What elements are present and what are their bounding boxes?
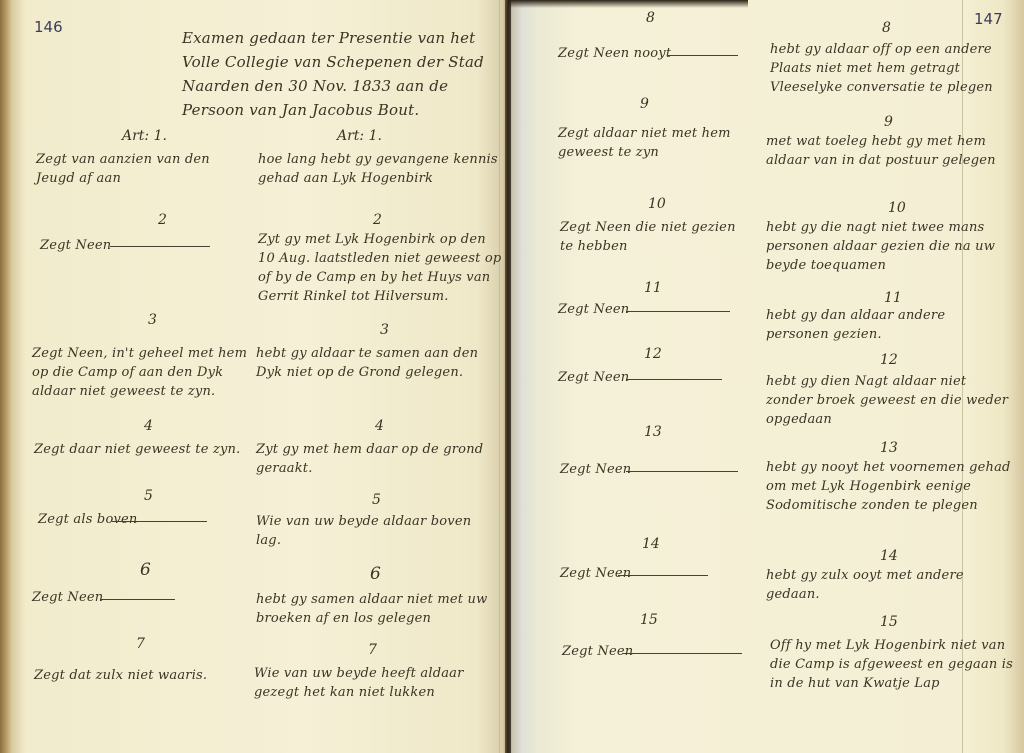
- answer-number-9: 9: [640, 96, 649, 112]
- filler-line: [112, 521, 207, 522]
- answer-number-14: 14: [642, 536, 660, 552]
- question-9: met wat toeleg hebt gy met hem aldaar va…: [766, 132, 1011, 170]
- answer-8: Zegt Neen nooyt: [558, 44, 748, 63]
- answer-number-2: 2: [158, 212, 167, 228]
- question-number-7: 7: [368, 642, 377, 658]
- answer-number-4: 4: [144, 418, 153, 434]
- left-page: 146 Examen gedaan ter Presentie van het …: [0, 0, 508, 753]
- answer-number-15: 15: [640, 612, 658, 628]
- filler-line: [100, 599, 175, 600]
- question-4: Zyt gy met hem daar op de grond geraakt.: [256, 440, 496, 478]
- answer-number-12: 12: [644, 346, 662, 362]
- question-number-5: 5: [372, 492, 381, 508]
- page-shadow: [508, 0, 748, 8]
- answer-number-3: 3: [148, 312, 157, 328]
- book-spine: [505, 0, 511, 753]
- question-number-15: 15: [880, 614, 898, 630]
- answer-11: Zegt Neen: [558, 300, 748, 319]
- question-number-12: 12: [880, 352, 898, 368]
- answer-6: Zegt Neen: [32, 588, 232, 607]
- question-12: hebt gy dien Nagt aldaar niet zonder bro…: [766, 372, 1011, 429]
- folio-number: 146: [34, 18, 63, 36]
- answer-number-6: 6: [140, 560, 151, 580]
- answers-header: Art: 1.: [122, 128, 167, 144]
- answer-12: Zegt Neen: [558, 368, 748, 387]
- question-6: hebt gy samen aldaar niet met uw broeken…: [256, 590, 501, 628]
- question-number-8: 8: [882, 20, 891, 36]
- question-number-6: 6: [370, 564, 381, 584]
- folio-number: 147: [974, 10, 1003, 28]
- question-number-4: 4: [375, 418, 384, 434]
- question-3: hebt gy aldaar te samen aan den Dyk niet…: [256, 344, 496, 382]
- answer-number-13: 13: [644, 424, 662, 440]
- question-number-11: 11: [884, 290, 902, 306]
- answer-number-10: 10: [648, 196, 666, 212]
- question-number-3: 3: [380, 322, 389, 338]
- question-13: hebt gy nooyt het voornemen gehad om met…: [766, 458, 1011, 515]
- right-page: 147 8 8 Zegt Neen nooyt hebt gy aldaar o…: [508, 0, 1024, 753]
- answer-4: Zegt daar niet geweest te zyn.: [34, 440, 244, 459]
- question-11: hebt gy dan aldaar andere personen gezie…: [766, 306, 1011, 344]
- question-7: Wie van uw beyde heeft aldaar gezegt het…: [254, 664, 494, 702]
- answer-15: Zegt Neen: [562, 642, 752, 661]
- answer-14: Zegt Neen: [560, 564, 750, 583]
- question-number-14: 14: [880, 548, 898, 564]
- answer-10: Zegt Neen die niet gezien te hebben: [560, 218, 750, 256]
- question-number-10: 10: [888, 200, 906, 216]
- question-10: hebt gy die nagt niet twee mans personen…: [766, 218, 1011, 275]
- question-number-9: 9: [884, 114, 893, 130]
- open-ledger: 146 Examen gedaan ter Presentie van het …: [0, 0, 1024, 753]
- answer-13: Zegt Neen: [560, 460, 750, 479]
- question-14: hebt gy zulx ooyt met andere gedaan.: [766, 566, 1011, 604]
- question-5: Wie van uw beyde aldaar boven lag.: [256, 512, 496, 550]
- filler-line: [626, 379, 722, 380]
- filler-line: [622, 653, 742, 654]
- answer-9: Zegt aldaar niet met hem geweest te zyn: [558, 124, 748, 162]
- question-2: Zyt gy met Lyk Hogenbirk op den 10 Aug. …: [258, 230, 503, 306]
- answer-3: Zegt Neen, in't geheel met hem op die Ca…: [32, 344, 252, 401]
- answer-1: Zegt van aanzien van den Jeugd af aan: [36, 150, 246, 188]
- question-number-13: 13: [880, 440, 898, 456]
- answer-number-5: 5: [144, 488, 153, 504]
- filler-line: [668, 55, 738, 56]
- answer-number-7: 7: [136, 636, 145, 652]
- filler-line: [618, 575, 708, 576]
- answer-7: Zegt dat zulx niet waaris.: [34, 666, 234, 685]
- answer-number-8: 8: [646, 10, 655, 26]
- filler-line: [626, 471, 738, 472]
- filler-line: [626, 311, 730, 312]
- question-1: hoe lang hebt gy gevangene kennis gehad …: [258, 150, 498, 188]
- record-heading: Examen gedaan ter Presentie van het Voll…: [182, 26, 497, 122]
- question-number-2: 2: [373, 212, 382, 228]
- answer-5: Zegt als boven: [38, 510, 238, 529]
- question-8: hebt gy aldaar off op een andere Plaats …: [770, 40, 1015, 97]
- margin-rule: [499, 0, 500, 753]
- questions-header: Art: 1.: [337, 128, 382, 144]
- filler-line: [110, 246, 210, 247]
- answer-number-11: 11: [644, 280, 662, 296]
- question-15: Off hy met Lyk Hogenbirk niet van die Ca…: [770, 636, 1015, 693]
